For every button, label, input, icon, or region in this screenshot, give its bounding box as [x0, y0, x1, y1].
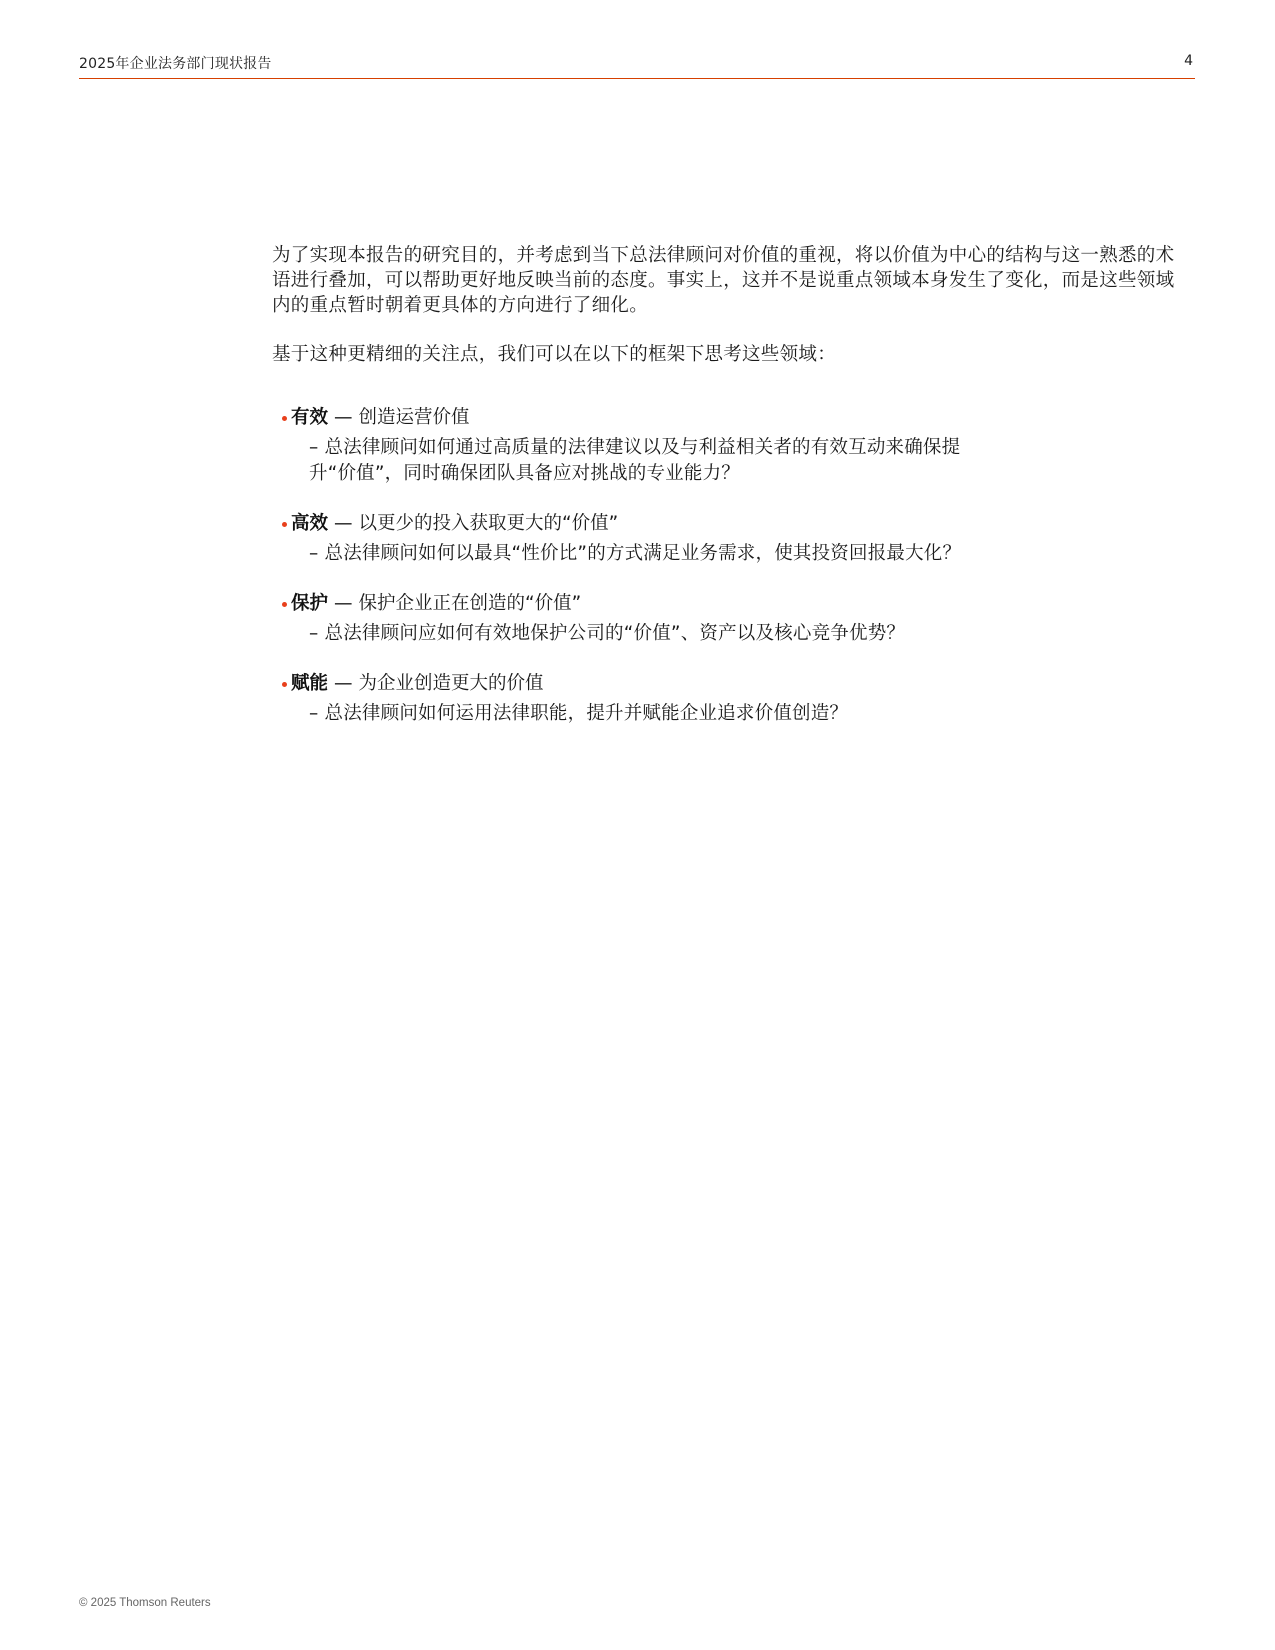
- bullet-heading: 有效 — 创造运营价值: [291, 405, 1192, 431]
- bullet-dot-icon: [282, 682, 287, 687]
- bullet-description: 以更少的投入获取更大的“价值”: [359, 511, 619, 537]
- em-dash: —: [334, 511, 353, 537]
- bullet-question: – 总法律顾问如何通过高质量的法律建议以及与利益相关者的有效互动来确保提升“价值…: [309, 435, 989, 487]
- intro-paragraph: 为了实现本报告的研究目的，并考虑到当下总法律顾问对价值的重视，将以价值为中心的结…: [272, 243, 1192, 318]
- bullet-question: – 总法律顾问如何以最具“性价比”的方式满足业务需求，使其投资回报最大化？: [309, 541, 1009, 567]
- list-item-efficient: 高效 — 以更少的投入获取更大的“价值” – 总法律顾问如何以最具“性价比”的方…: [272, 511, 1192, 567]
- page-header: 2025年企业法务部门现状报告 4: [79, 52, 1195, 79]
- bullet-heading: 保护 — 保护企业正在创造的“价值”: [291, 591, 1192, 617]
- main-content: 为了实现本报告的研究目的，并考虑到当下总法律顾问对价值的重视，将以价值为中心的结…: [272, 243, 1192, 751]
- bullet-term: 有效: [291, 405, 328, 431]
- bullet-dot-icon: [282, 522, 287, 527]
- bullet-question: – 总法律顾问如何运用法律职能，提升并赋能企业追求价值创造？: [309, 701, 989, 727]
- em-dash: —: [334, 671, 353, 697]
- bullet-dot-icon: [282, 602, 287, 607]
- bullet-heading: 高效 — 以更少的投入获取更大的“价值”: [291, 511, 1192, 537]
- page-number: 4: [1184, 53, 1193, 69]
- framework-list: 有效 — 创造运营价值 – 总法律顾问如何通过高质量的法律建议以及与利益相关者的…: [272, 405, 1192, 727]
- bullet-description: 创造运营价值: [359, 405, 470, 431]
- bullet-description: 保护企业正在创造的“价值”: [359, 591, 582, 617]
- framework-intro-paragraph: 基于这种更精细的关注点，我们可以在以下的框架下思考这些领域：: [272, 342, 1192, 367]
- list-item-protect: 保护 — 保护企业正在创造的“价值” – 总法律顾问应如何有效地保护公司的“价值…: [272, 591, 1192, 647]
- copyright-footer: © 2025 Thomson Reuters: [79, 1597, 211, 1609]
- em-dash: —: [334, 591, 353, 617]
- report-title: 2025年企业法务部门现状报告: [79, 53, 272, 73]
- bullet-question: – 总法律顾问应如何有效地保护公司的“价值”、资产以及核心竞争优势？: [309, 621, 989, 647]
- bullet-term: 赋能: [291, 671, 328, 697]
- list-item-effective: 有效 — 创造运营价值 – 总法律顾问如何通过高质量的法律建议以及与利益相关者的…: [272, 405, 1192, 487]
- bullet-description: 为企业创造更大的价值: [359, 671, 544, 697]
- list-item-enable: 赋能 — 为企业创造更大的价值 – 总法律顾问如何运用法律职能，提升并赋能企业追…: [272, 671, 1192, 727]
- em-dash: —: [334, 405, 353, 431]
- bullet-heading: 赋能 — 为企业创造更大的价值: [291, 671, 1192, 697]
- bullet-term: 高效: [291, 511, 328, 537]
- bullet-dot-icon: [282, 416, 287, 421]
- bullet-term: 保护: [291, 591, 328, 617]
